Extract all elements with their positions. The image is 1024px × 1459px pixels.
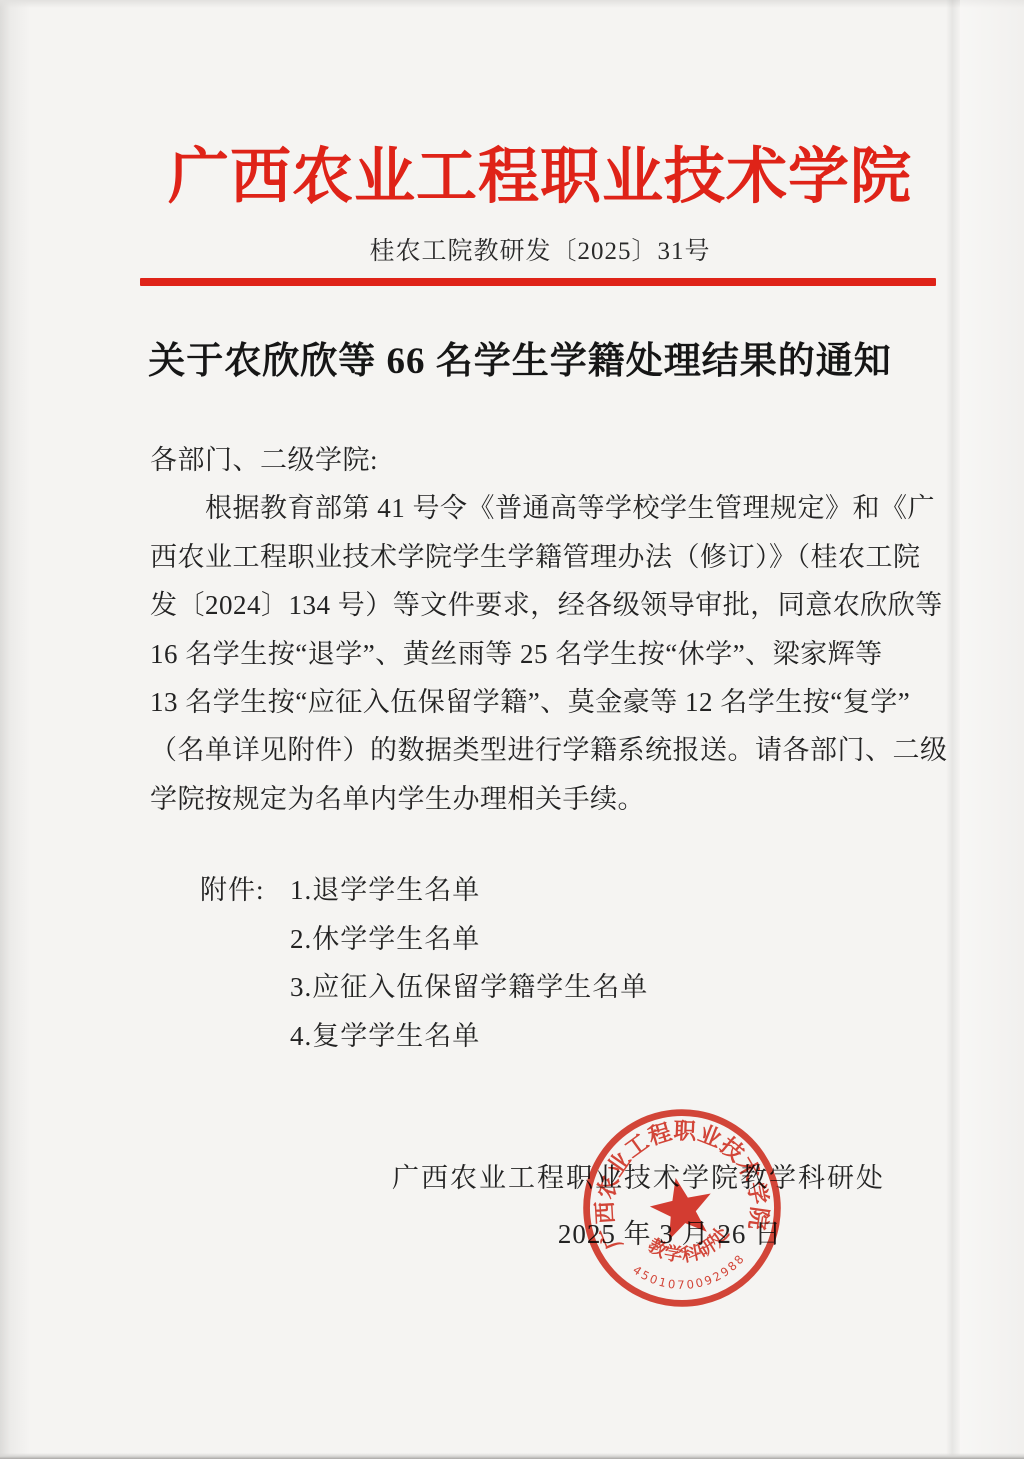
attachment-item: 4.复学学生名单 (290, 1012, 480, 1061)
document-number: 桂农工院教研发〔2025〕31号 (140, 231, 940, 267)
attachments-label: 附件: (200, 866, 290, 915)
seal-ring-circle (569, 1095, 795, 1321)
body-line: 根据教育部第 41 号令《普通高等学校学生管理规定》和《广 (150, 484, 920, 532)
attachment-item: 1.退学学生名单 (290, 866, 480, 915)
body-line: 西农业工程职业技术学院学生学籍管理办法（修订）》（桂农工院 (150, 533, 920, 581)
scanned-notice-page: 广西农业工程职业技术学院 桂农工院教研发〔2025〕31号 关于农欣欣等 66 … (0, 0, 1024, 1459)
attachment-item: 3.应征入伍保留学籍学生名单 (290, 963, 648, 1012)
seal-graphic: 广西农业工程职业技术学院 教学科研处 4501070092988 (556, 1082, 807, 1333)
letterhead-divider (140, 278, 936, 286)
attachment-row: 4.复学学生名单 (200, 1012, 648, 1061)
body-line: 13 名学生按“应征入伍保留学籍”、莫金豪等 12 名学生按“复学” (150, 678, 920, 726)
issue-date: 2025 年 3 月 26 日 (545, 1212, 795, 1251)
attachment-row: 附件: 1.退学学生名单 (200, 866, 648, 915)
body-line: 学院按规定为名单内学生办理相关手续。 (150, 775, 920, 823)
attachment-row: 2.休学学生名单 (200, 915, 648, 964)
scan-fold-line (946, 0, 960, 1459)
notice-body: 各部门、二级学院: 根据教育部第 41 号令《普通高等学校学生管理规定》和《广 … (150, 436, 920, 823)
scan-edge-left (0, 0, 30, 1459)
institution-name: 广西农业工程职业技术学院 (140, 128, 940, 215)
body-line: 发〔2024〕134 号）等文件要求，经各级领导审批，同意农欣欣等 (150, 581, 920, 629)
body-line: 16 名学生按“退学”、黄丝雨等 25 名学生按“休学”、梁家辉等 (150, 630, 920, 678)
attachment-row: 3.应征入伍保留学籍学生名单 (200, 963, 648, 1012)
scan-edge-top (0, 0, 1024, 8)
salutation: 各部门、二级学院: (150, 436, 920, 484)
attachment-item: 2.休学学生名单 (290, 915, 480, 964)
issuing-department: 广西农业工程职业技术学院教学科研处 (392, 1156, 885, 1195)
scan-edge-bottom (0, 1453, 1024, 1459)
scan-band-right (960, 0, 1024, 1459)
notice-title: 关于农欣欣等 66 名学生学籍处理结果的通知 (120, 330, 920, 384)
official-seal: 广西农业工程职业技术学院 教学科研处 4501070092988 (556, 1082, 807, 1333)
body-line: （名单详见附件）的数据类型进行学籍系统报送。请各部门、二级 (150, 726, 920, 774)
attachments-list: 附件: 1.退学学生名单 2.休学学生名单 3.应征入伍保留学籍学生名单 4.复… (200, 866, 648, 1060)
